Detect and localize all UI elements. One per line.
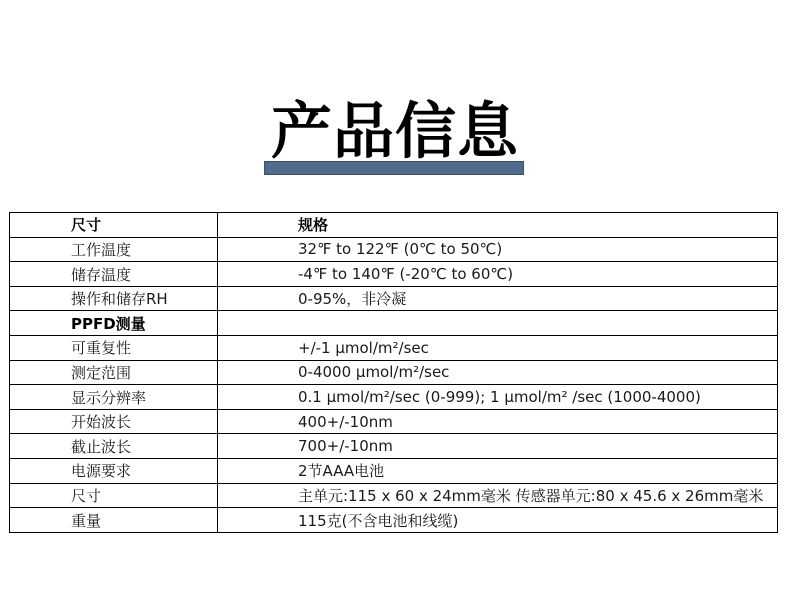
- table-row: 尺寸主单元:115 x 60 x 24mm毫米 传感器单元:80 x 45.6 …: [10, 483, 778, 508]
- spec-name-cell: 测定范围: [10, 360, 218, 385]
- spec-value-cell: 0.1 μmol/m²/sec (0-999); 1 μmol/m² /sec …: [218, 385, 778, 410]
- spec-name-cell: 工作温度: [10, 237, 218, 262]
- table-row: 开始波长400+/-10nm: [10, 409, 778, 434]
- spec-value-header: 规格: [218, 213, 778, 238]
- spec-value-cell: +/-1 μmol/m²/sec: [218, 336, 778, 361]
- spec-value-cell: 2节AAA电池: [218, 459, 778, 484]
- spec-value-cell: 700+/-10nm: [218, 434, 778, 459]
- spec-value-cell: 32℉ to 122℉ (0℃ to 50℃): [218, 237, 778, 262]
- spec-table-body: 尺寸 规格 工作温度32℉ to 122℉ (0℃ to 50℃)储存温度-4℉…: [10, 213, 778, 533]
- spec-name-header: 尺寸: [10, 213, 218, 238]
- title-section: 产品信息: [0, 0, 790, 200]
- spec-name-cell: 储存温度: [10, 262, 218, 287]
- spec-value-cell: [218, 311, 778, 336]
- spec-value-cell: 0-95%，非冷凝: [218, 286, 778, 311]
- table-row: 电源要求2节AAA电池: [10, 459, 778, 484]
- spec-value-cell: 115克(不含电池和线缆): [218, 508, 778, 533]
- spec-value-cell: 主单元:115 x 60 x 24mm毫米 传感器单元:80 x 45.6 x …: [218, 483, 778, 508]
- table-row: 重量115克(不含电池和线缆): [10, 508, 778, 533]
- spec-name-cell: PPFD测量: [10, 311, 218, 336]
- product-spec-table: 尺寸 规格 工作温度32℉ to 122℉ (0℃ to 50℃)储存温度-4℉…: [9, 212, 778, 533]
- spec-name-cell: 电源要求: [10, 459, 218, 484]
- spec-name-cell: 可重复性: [10, 336, 218, 361]
- table-row: 工作温度32℉ to 122℉ (0℃ to 50℃): [10, 237, 778, 262]
- table-row: 可重复性+/-1 μmol/m²/sec: [10, 336, 778, 361]
- product-info-page: 产品信息 尺寸 规格 工作温度32℉ to 122℉ (0℃ to 50℃)储存…: [0, 0, 790, 596]
- spec-name-cell: 开始波长: [10, 409, 218, 434]
- table-header-row: 尺寸 规格: [10, 213, 778, 238]
- spec-name-cell: 重量: [10, 508, 218, 533]
- table-row: 截止波长700+/-10nm: [10, 434, 778, 459]
- table-row: 显示分辨率0.1 μmol/m²/sec (0-999); 1 μmol/m² …: [10, 385, 778, 410]
- spec-name-cell: 显示分辨率: [10, 385, 218, 410]
- table-row: 储存温度-4℉ to 140℉ (-20℃ to 60℃): [10, 262, 778, 287]
- spec-name-cell: 操作和储存RH: [10, 286, 218, 311]
- spec-value-cell: 0-4000 μmol/m²/sec: [218, 360, 778, 385]
- spec-value-cell: -4℉ to 140℉ (-20℃ to 60℃): [218, 262, 778, 287]
- page-title: 产品信息: [0, 97, 790, 167]
- spec-name-cell: 尺寸: [10, 483, 218, 508]
- table-row: 操作和储存RH0-95%，非冷凝: [10, 286, 778, 311]
- table-row: 测定范围0-4000 μmol/m²/sec: [10, 360, 778, 385]
- table-row: PPFD测量: [10, 311, 778, 336]
- spec-value-cell: 400+/-10nm: [218, 409, 778, 434]
- spec-name-cell: 截止波长: [10, 434, 218, 459]
